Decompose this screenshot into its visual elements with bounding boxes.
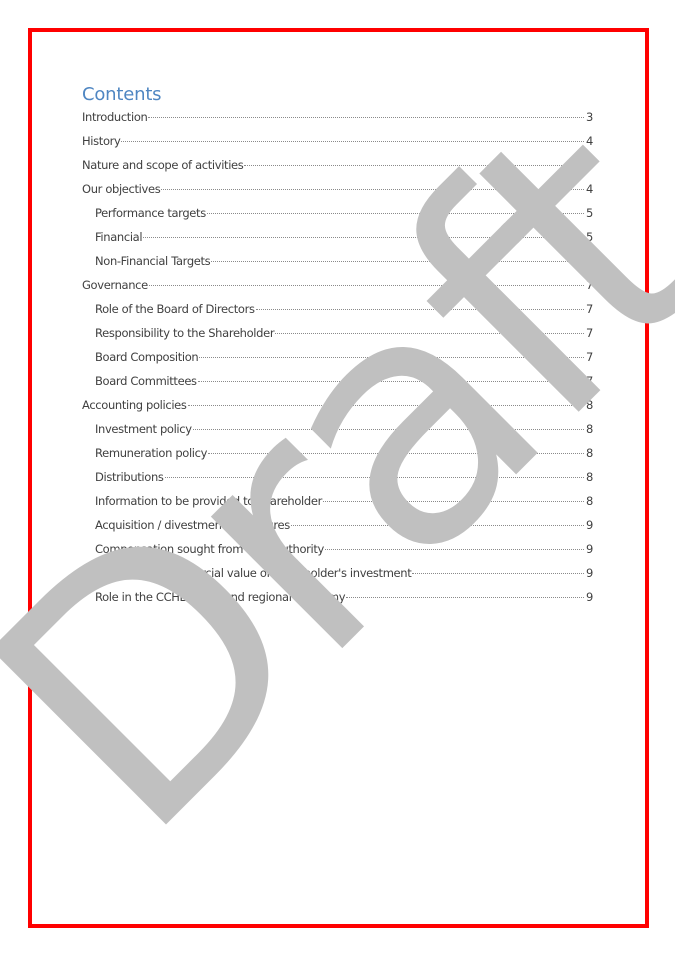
toc-entry-page-number: 7 [585,277,593,293]
toc-entry[interactable]: Non-Financial Targets6 [95,253,593,269]
toc-entry-label: Governance [82,277,148,293]
toc-entry-page-number: 8 [585,469,593,485]
toc-entry[interactable]: Remuneration policy8 [95,445,593,461]
dot-leader [325,549,584,550]
toc-entry-label: Financial [95,229,142,245]
toc-entry-label: Board Composition [95,349,198,365]
toc-entry-page-number: 8 [585,421,593,437]
dot-leader [412,573,584,574]
toc-entry-page-number: 8 [585,397,593,413]
toc-entry[interactable]: Financial5 [95,229,593,245]
table-of-contents: Introduction3History4Nature and scope of… [0,0,675,955]
toc-entry-label: Information to be provided to shareholde… [95,493,322,509]
dot-leader [188,405,584,406]
toc-entry[interactable]: History4 [82,133,593,149]
dot-leader [149,285,584,286]
toc-entry-page-number: 7 [585,301,593,317]
toc-entry-page-number: 5 [585,205,593,221]
toc-entry-page-number: 7 [585,349,593,365]
toc-entry[interactable]: Responsibility to the Shareholder7 [95,325,593,341]
toc-entry[interactable]: Distributions8 [95,469,593,485]
dot-leader [143,237,584,238]
dot-leader [207,213,584,214]
toc-entry[interactable]: Performance targets5 [95,205,593,221]
dot-leader [291,525,584,526]
toc-entry[interactable]: Accounting policies8 [82,397,593,413]
dot-leader [244,165,584,166]
toc-entry[interactable]: Role of the Board of Directors7 [95,301,593,317]
dot-leader [148,117,584,118]
toc-entry[interactable]: Governance7 [82,277,593,293]
toc-entry-label: Performance targets [95,205,206,221]
toc-entry-label: Board Committees [95,373,197,389]
toc-entry[interactable]: Information to be provided to shareholde… [95,493,593,509]
toc-entry-label: Accounting policies [82,397,187,413]
dot-leader [121,141,584,142]
toc-entry[interactable]: Introduction3 [82,109,593,125]
toc-entry-label: Investment policy [95,421,192,437]
toc-entry-page-number: 4 [585,181,593,197]
toc-entry-label: History [82,133,120,149]
toc-entry[interactable]: Compensation sought from local authority… [95,541,593,557]
dot-leader [256,309,584,310]
toc-entry-label: Estimate of commercial value of sharehol… [95,565,411,581]
toc-entry-page-number: 8 [585,493,593,509]
toc-entry-label: Nature and scope of activities [82,157,243,173]
dot-leader [346,597,584,598]
toc-entry-label: Acquisition / divestment procedures [95,517,290,533]
toc-entry[interactable]: Board Committees7 [95,373,593,389]
toc-entry-page-number: 6 [585,253,593,269]
dot-leader [193,429,584,430]
toc-entry-page-number: 3 [585,109,593,125]
toc-entry-page-number: 9 [585,565,593,581]
toc-entry-page-number: 4 [585,157,593,173]
toc-entry-label: Compensation sought from local authority [95,541,324,557]
toc-entry[interactable]: Acquisition / divestment procedures9 [95,517,593,533]
dot-leader [161,189,584,190]
toc-entry[interactable]: Estimate of commercial value of sharehol… [95,565,593,581]
dot-leader [211,261,584,262]
toc-entry-label: Role in the CCHL group and regional econ… [95,589,345,605]
dot-leader [208,453,584,454]
toc-entry-page-number: 8 [585,445,593,461]
toc-entry-page-number: 7 [585,373,593,389]
dot-leader [198,381,584,382]
toc-entry-page-number: 9 [585,517,593,533]
toc-entry-page-number: 5 [585,229,593,245]
toc-entry-label: Introduction [82,109,147,125]
toc-entry-page-number: 7 [585,325,593,341]
dot-leader [275,333,584,334]
toc-entry-label: Non-Financial Targets [95,253,210,269]
toc-entry[interactable]: Board Composition7 [95,349,593,365]
toc-entry-label: Distributions [95,469,164,485]
toc-entry-label: Our objectives [82,181,160,197]
toc-entry[interactable]: Nature and scope of activities4 [82,157,593,173]
dot-leader [199,357,584,358]
toc-entry-page-number: 9 [585,541,593,557]
toc-entry-label: Responsibility to the Shareholder [95,325,274,341]
toc-entry[interactable]: Role in the CCHL group and regional econ… [95,589,593,605]
dot-leader [165,477,584,478]
toc-entry[interactable]: Our objectives4 [82,181,593,197]
toc-entry-page-number: 4 [585,133,593,149]
toc-entry[interactable]: Investment policy8 [95,421,593,437]
dot-leader [323,501,584,502]
toc-entry-label: Role of the Board of Directors [95,301,255,317]
toc-entry-page-number: 9 [585,589,593,605]
toc-entry-label: Remuneration policy [95,445,207,461]
